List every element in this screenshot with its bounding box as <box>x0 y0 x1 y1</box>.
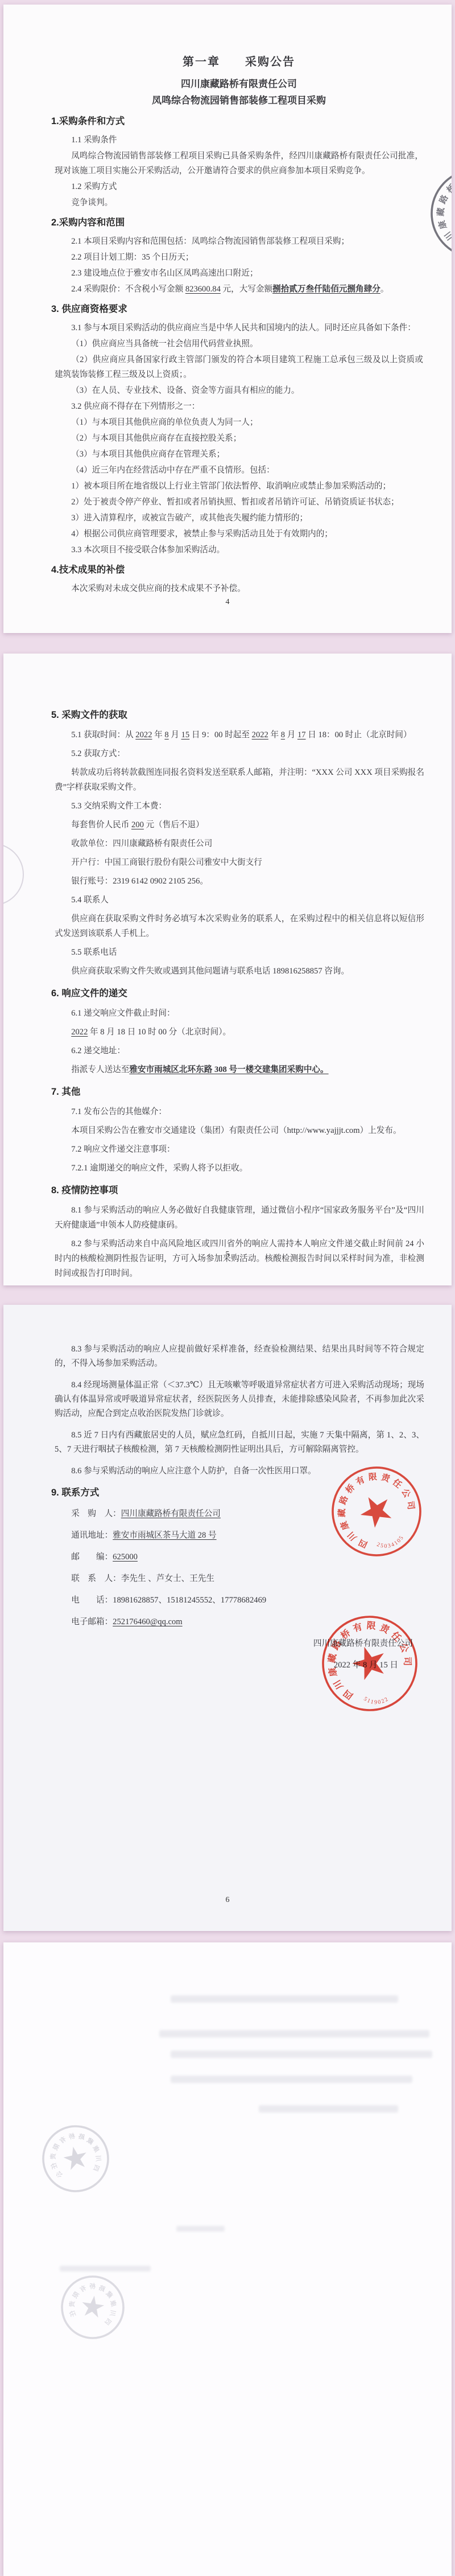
paragraph: 2.3 建设地点位于雅安市名山区凤鸣高速出口附近； <box>55 266 423 281</box>
paragraph: 2.4 采购限价：不含税小写金额 823600.84 元，大写金额捌拾贰万叁仟陆… <box>55 282 423 297</box>
text-run: 9. 联系方式 <box>51 1488 99 1498</box>
text-run: 收款单位：四川康藏路桥有限责任公司 <box>71 839 212 848</box>
paragraph: 通讯地址：雅安市雨城区茶马大道 28 号 <box>55 1529 424 1543</box>
paragraph: 1）被本项目所在地省级以上行业主管部门依法暂停、取消响应或禁止参加采购活动的； <box>55 479 423 494</box>
paragraph: 5.1 获取时间：从 2022 年 8 月 15 日 9：00 时起至 2022… <box>55 728 424 742</box>
seal-star-icon <box>61 2144 89 2171</box>
paragraph: 8.6 参与采购活动的响应人应注意个人防护，自备一次性医用口罩。 <box>55 1464 424 1478</box>
text-run: 2022 <box>71 1028 88 1037</box>
page-2: 5. 采购文件的获取5.1 获取时间：从 2022 年 8 月 15 日 9：0… <box>3 654 452 1285</box>
text-run: 采 购 人： <box>71 1509 121 1518</box>
text-run: 4.技术成果的补偿 <box>51 565 125 575</box>
paragraph: 8.3 参与采购活动的响应人应提前做好采样准备，经查验检测结果、结果出具时间等不… <box>55 1342 424 1371</box>
paragraph: 5.3 交纳采购文件工本费： <box>55 799 424 814</box>
text-run: 3.1 参与本项目采购活动的供应商应当是中华人民共和国境内的法人。同时还应具备如… <box>71 323 416 332</box>
paragraph: 8.5 近 7 日内有西藏旅居史的人员，赋应急红码，自抵川日起，实施 7 天集中… <box>55 1428 424 1457</box>
text-run: 通讯地址： <box>71 1531 113 1540</box>
paragraph: 3.3 本次项目不接受联合体参加采购活动。 <box>55 543 423 557</box>
text-run: （1）供应商应当具备统一社会信用代码营业执照。 <box>71 339 258 348</box>
paragraph: 指派专人送达至雅安市雨城区北环东路 308 号一楼交建集团采购中心。 <box>55 1062 424 1077</box>
page-content: 第一章 采购公告四川康藏路桥有限责任公司凤鸣综合物流园销售部装修工程项目采购1.… <box>55 55 423 596</box>
text-run: 银行账号：2319 6142 0902 2105 256。 <box>71 877 208 886</box>
text-run: 7.2.1 逾期递交的响应文件，采购人将予以拒收。 <box>71 1164 247 1173</box>
text-run: （2）供应商应具备国家行政主管部门颁发的符合本项目建筑工程施工总承包三级及以上资… <box>55 355 423 379</box>
text-run: 17 <box>297 730 306 739</box>
text-run: 18981628857、15181245552、17778682469 <box>113 1596 266 1605</box>
text-run: 3. 供应商资格要求 <box>51 304 127 314</box>
paragraph: 供应商在获取采购文件时务必填写本次采购业务的联系人，在采购过程中的相关信息将以短… <box>55 911 424 941</box>
text-run: 1.采购条件和方式 <box>51 116 125 126</box>
section-heading: 5. 采购文件的获取 <box>51 708 424 722</box>
text-run: 凤鸣综合物流园销售部装修工程项目采购已具备采购条件，经四川康藏路桥有限责任公司批… <box>55 151 423 175</box>
text-run: 8.4 经现场测量体温正常（＜37.3℃）且无咳嗽等呼吸道异常症状者方可进入采购… <box>55 1381 424 1418</box>
paragraph: 电子邮箱：252176460@qq.com <box>55 1615 424 1629</box>
text-run: 5.4 联系人 <box>71 895 109 905</box>
text-run: 月 <box>169 730 181 739</box>
text-run: 联 系 人： <box>71 1574 121 1583</box>
text-run: 捌拾贰万叁仟陆佰元捌角肆分 <box>272 285 380 294</box>
bleed-artifact <box>60 2266 151 2271</box>
text-run: 2.采购内容和范围 <box>51 217 125 228</box>
text-run: （3）与本项目其他供应商存在管理关系； <box>71 450 225 459</box>
paragraph: 2022 年 8 月 18 日 10 时 00 分（北京时间）。 <box>55 1025 424 1040</box>
text-run: （4）近三年内在经营活动中存在严重不良情形。包括： <box>71 466 275 475</box>
page-number: 4 <box>3 598 452 607</box>
text-run: 5. 采购文件的获取 <box>51 710 127 720</box>
text-run: 2.4 采购限价：不含税小写金额 <box>71 285 185 294</box>
page-content: 5. 采购文件的获取5.1 获取时间：从 2022 年 8 月 15 日 9：0… <box>55 708 424 1281</box>
text-run: 3）进入清算程序，或被宣告破产，或其他丧失履约能力情形的； <box>71 513 308 523</box>
paragraph: 6.1 递交响应文件截止时间： <box>55 1006 424 1021</box>
company-seal-edge-partial: 四川康藏路桥有限责任公司 <box>430 168 452 259</box>
text-run: 1.1 采购条件 <box>71 135 117 145</box>
scanned-procurement-document: 第一章 采购公告四川康藏路桥有限责任公司凤鸣综合物流园销售部装修工程项目采购1.… <box>0 0 455 2576</box>
page-number: 6 <box>3 1896 452 1905</box>
section-heading: 1.采购条件和方式 <box>51 114 423 129</box>
text-run: 雅安市雨城区北环东路 308 号一楼交建集团采购中心。 <box>129 1065 328 1074</box>
text-run: 2.1 本项目采购内容和范围包括：凤鸣综合物流园销售部装修工程项目采购； <box>71 237 349 246</box>
text-run: 2022 年 8 月 15 日 <box>334 1661 398 1670</box>
text-run: 823600.84 <box>185 285 221 294</box>
text-run: 5.2 获取方式： <box>71 749 125 758</box>
paragraph: 2）处于被责令停产停业、暂扣或者吊销执照、暂扣或者吊销许可证、吊销资质证书状态； <box>55 495 423 510</box>
text-run: 供应商在获取采购文件时务必填写本次采购业务的联系人，在采购过程中的相关信息将以短… <box>55 914 424 938</box>
text-run: 开户行：中国工商银行股份有限公司雅安中大街支行 <box>71 858 262 867</box>
ghost-seal-bottom: 四川康藏路桥有限责任公司 <box>60 2275 125 2340</box>
bleed-artifact <box>159 2030 429 2037</box>
text-run: 8.1 参与采购活动的响应人务必做好自我健康管理，通过微信小程序“国家政务服务平… <box>55 1206 424 1230</box>
text-run: 3.3 本次项目不接受联合体参加采购活动。 <box>71 545 225 554</box>
paragraph: 开户行：中国工商银行股份有限公司雅安中大街支行 <box>55 855 424 870</box>
paragraph: 银行账号：2319 6142 0902 2105 256。 <box>55 874 424 889</box>
text-run: 年 <box>152 730 164 739</box>
bleed-artifact <box>259 2105 398 2113</box>
text-run: 电 话： <box>71 1596 113 1605</box>
text-run: 200 <box>131 820 144 829</box>
text-run: 月 <box>285 730 297 739</box>
paragraph: （1）与本项目其他供应商的单位负责人为同一人； <box>55 415 423 430</box>
text-run: 4）根据公司供应商管理要求，被禁止参与采购活动且处于有效期内的； <box>71 529 333 539</box>
paragraph: （2）与本项目其他供应商存在直接控股关系； <box>55 431 423 446</box>
paragraph: （2）供应商应具备国家行政主管部门颁发的符合本项目建筑工程施工总承包三级及以上资… <box>55 352 423 382</box>
text-run: 3.2 供应商不得存在下列情形之一： <box>71 402 200 411</box>
text-run: （1）与本项目其他供应商的单位负责人为同一人； <box>71 418 258 427</box>
text-run: 5.1 获取时间：从 <box>71 730 135 739</box>
page-3: 8.3 参与采购活动的响应人应提前做好采样准备，经查验检测结果、结果出具时间等不… <box>3 1305 452 1931</box>
text-run: 2022 <box>135 730 152 739</box>
paragraph: 采 购 人：四川康藏路桥有限责任公司 <box>55 1507 424 1521</box>
text-run: 雅安市雨城区茶马大道 28 号 <box>113 1531 216 1540</box>
svg-text:5119022: 5119022 <box>361 1689 391 1710</box>
paragraph: 收款单位：四川康藏路桥有限责任公司 <box>55 836 424 851</box>
text-run: 邮 编： <box>71 1552 113 1562</box>
text-run: 6. 响应文件的递交 <box>51 988 127 999</box>
text-run: 8.3 参与采购活动的响应人应提前做好采样准备，经查验检测结果、结果出具时间等不… <box>55 1345 424 1368</box>
text-run: （3）在人员、专业技术、设备、资金等方面具有相应的能力。 <box>71 386 299 395</box>
paragraph: 7.2 响应文件递交注意事项： <box>55 1142 424 1157</box>
paragraph: 6.2 递交地址： <box>55 1043 424 1058</box>
svg-text:四川康藏路桥有限责任公司: 四川康藏路桥有限责任公司 <box>44 2127 106 2183</box>
text-run: 625000 <box>113 1552 138 1562</box>
paragraph: 2.2 项目计划工期：35 个日历天； <box>55 250 423 265</box>
paragraph: 2.1 本项目采购内容和范围包括：凤鸣综合物流园销售部装修工程项目采购； <box>55 234 423 249</box>
paragraph: 3）进入清算程序，或被宣告破产，或其他丧失履约能力情形的； <box>55 511 423 525</box>
paragraph: 8.4 经现场测量体温正常（＜37.3℃）且无咳嗽等呼吸道异常症状者方可进入采购… <box>55 1378 424 1421</box>
page-4: 四川康藏路桥有限责任公司四川康藏路桥有限责任公司 <box>3 1942 452 2576</box>
signature-line: 2022 年 8 月 15 日 <box>55 1658 424 1673</box>
doc-title: 四川康藏路桥有限责任公司 <box>55 76 423 92</box>
paragraph: 联 系 人：李先生 、芦女士、王先生 <box>55 1572 424 1586</box>
text-run: 8. 疫情防控事项 <box>51 1185 118 1195</box>
section-heading: 9. 联系方式 <box>51 1486 424 1500</box>
paragraph: 3.1 参与本项目采购活动的供应商应当是中华人民共和国境内的法人。同时还应具备如… <box>55 321 423 335</box>
paragraph: 1.2 采购方式 <box>55 179 423 194</box>
text-run: 5.5 联系电话 <box>71 948 117 957</box>
text-run: 2）处于被责令停产停业、暂扣或者吊销执照、暂扣或者吊销许可证、吊销资质证书状态； <box>71 498 399 507</box>
paragraph: 竞争谈判。 <box>55 195 423 210</box>
paragraph: 4）根据公司供应商管理要求，被禁止参与采购活动且处于有效期内的； <box>55 527 423 541</box>
bleed-artifact <box>171 1995 398 2003</box>
paragraph: 电 话：18981628857、15181245552、17778682469 <box>55 1593 424 1608</box>
svg-text:四川康藏路桥有限责任公司: 四川康藏路桥有限责任公司 <box>422 161 452 255</box>
text-run: 李先生 、芦女士、王先生 <box>121 1574 214 1583</box>
text-run: 年 8 月 18 日 10 时 00 分（北京时间）。 <box>88 1028 231 1037</box>
text-run: 2.2 项目计划工期：35 个日历天； <box>71 253 193 262</box>
text-run: 6.2 递交地址： <box>71 1046 125 1055</box>
paragraph: 8.1 参与采购活动的响应人务必做好自我健康管理，通过微信小程序“国家政务服务平… <box>55 1203 424 1232</box>
paragraph: 凤鸣综合物流园销售部装修工程项目采购已具备采购条件，经四川康藏路桥有限责任公司批… <box>55 149 423 178</box>
svg-text:四川康藏路桥有限责任公司: 四川康藏路桥有限责任公司 <box>65 2279 121 2327</box>
text-run: 第一章 采购公告 <box>183 56 295 68</box>
text-run: 竞争谈判。 <box>71 198 113 207</box>
text-run: 1.2 采购方式 <box>71 182 117 191</box>
text-run: 电子邮箱： <box>71 1617 113 1626</box>
text-run: 。 <box>380 285 389 294</box>
text-run: 5.3 交纳采购文件工本费： <box>71 802 167 811</box>
text-run: 四川康藏路桥有限责任公司 <box>121 1509 221 1518</box>
page-content: 8.3 参与采购活动的响应人应提前做好采样准备，经查验检测结果、结果出具时间等不… <box>55 1342 424 1673</box>
paragraph: 转款成功后将转款截图连同报名资料发送至联系人邮箱，并注明：“XXX 公司 XXX… <box>55 765 424 795</box>
chapter-title: 第一章 采购公告 <box>55 55 423 69</box>
text-run: 7. 其他 <box>51 1087 80 1097</box>
doc-title: 凤鸣综合物流园销售部装修工程项目采购 <box>55 93 423 108</box>
text-run: 转款成功后将转款截图连同报名资料发送至联系人邮箱，并注明：“XXX 公司 XXX… <box>55 768 424 792</box>
paragraph: 3.2 供应商不得存在下列情形之一： <box>55 399 423 414</box>
bleed-seal-arc <box>3 843 24 906</box>
section-heading: 8. 疫情防控事项 <box>51 1183 424 1198</box>
text-run: 本项目采购公告在雅安市交通建设（集团）有限责任公司（http://www.yaj… <box>71 1126 401 1135</box>
text-run: 供应商获取采购文件失败或遇到其他问题请与联系电话 189816258857 咨询… <box>71 967 349 976</box>
text-run: 7.2 响应文件递交注意事项： <box>71 1145 175 1154</box>
text-run: 7.1 发布公告的其他媒介： <box>71 1107 167 1116</box>
text-run: 四川康藏路桥有限责任公司 <box>181 79 297 89</box>
paragraph: 1.1 采购条件 <box>55 133 423 147</box>
paragraph: 邮 编：625000 <box>55 1550 424 1564</box>
paragraph: 5.2 获取方式： <box>55 746 424 761</box>
seal-star-icon <box>80 2294 105 2318</box>
bleed-artifact <box>176 2226 225 2232</box>
paragraph: 本次采购对未成交供应商的技术成果不予补偿。 <box>55 581 423 596</box>
paragraph: 供应商获取采购文件失败或遇到其他问题请与联系电话 189816258857 咨询… <box>55 964 424 979</box>
page-number: 5 <box>3 1250 452 1259</box>
text-run: 8.5 近 7 日内有西藏旅居史的人员，赋应急红码，自抵川日起，实施 7 天集中… <box>55 1431 424 1454</box>
section-heading: 3. 供应商资格要求 <box>51 302 423 317</box>
paragraph: 7.2.1 逾期递交的响应文件，采购人将予以拒收。 <box>55 1161 424 1176</box>
paragraph: （4）近三年内在经营活动中存在严重不良情形。包括： <box>55 463 423 478</box>
text-run: 年 <box>268 730 281 739</box>
text-run: 15 <box>181 730 190 739</box>
text-run: （2）与本项目其他供应商存在直接控股关系； <box>71 434 241 443</box>
paragraph: 5.4 联系人 <box>55 893 424 907</box>
text-run: 凤鸣综合物流园销售部装修工程项目采购 <box>152 95 326 106</box>
text-run: 8 <box>281 730 285 739</box>
paragraph: （3）与本项目其他供应商存在管理关系； <box>55 447 423 462</box>
text-run: 日 9：00 时起至 <box>189 730 251 739</box>
signature-line: 四川康藏路桥有限责任公司 <box>55 1637 424 1651</box>
text-run: 1）被本项目所在地省级以上行业主管部门依法暂停、取消响应或禁止参加采购活动的； <box>71 482 391 491</box>
section-heading: 7. 其他 <box>51 1084 424 1099</box>
text-run: 元（售后不退） <box>144 820 204 829</box>
paragraph: （3）在人员、专业技术、设备、资金等方面具有相应的能力。 <box>55 383 423 398</box>
text-run: 8 <box>164 730 168 739</box>
section-heading: 4.技术成果的补偿 <box>51 562 423 577</box>
text-run: 6.1 递交响应文件截止时间： <box>71 1009 175 1018</box>
paragraph: 7.1 发布公告的其他媒介： <box>55 1104 424 1119</box>
text-run: 8.6 参与采购活动的响应人应注意个人防护，自备一次性医用口罩。 <box>71 1466 316 1476</box>
text-run: 日 18：00 时止（北京时间） <box>306 730 412 739</box>
text-run: 元，大写金额 <box>221 285 272 294</box>
page-1: 第一章 采购公告四川康藏路桥有限责任公司凤鸣综合物流园销售部装修工程项目采购1.… <box>3 5 452 633</box>
text-run: 四川康藏路桥有限责任公司 <box>313 1639 413 1648</box>
paragraph: （1）供应商应当具备统一社会信用代码营业执照。 <box>55 336 423 351</box>
paragraph: 本项目采购公告在雅安市交通建设（集团）有限责任公司（http://www.yaj… <box>55 1123 424 1138</box>
ghost-seal-top: 四川康藏路桥有限责任公司 <box>42 2125 110 2193</box>
text-run: 2.3 建设地点位于雅安市名山区凤鸣高速出口附近； <box>71 269 258 278</box>
text-run: 指派专人送达至 <box>71 1065 129 1074</box>
section-heading: 2.采购内容和范围 <box>51 215 423 230</box>
bleed-artifact <box>171 2051 432 2058</box>
text-run: 每套售价人民币 <box>71 820 131 829</box>
paragraph: 5.5 联系电话 <box>55 945 424 960</box>
bleed-artifact <box>171 2076 412 2083</box>
text-run: 252176460@qq.com <box>113 1617 182 1626</box>
text-run: 本次采购对未成交供应商的技术成果不予补偿。 <box>71 584 245 593</box>
text-run: 2022 <box>252 730 268 739</box>
paragraph: 每套售价人民币 200 元（售后不退） <box>55 817 424 832</box>
section-heading: 6. 响应文件的递交 <box>51 986 424 1001</box>
